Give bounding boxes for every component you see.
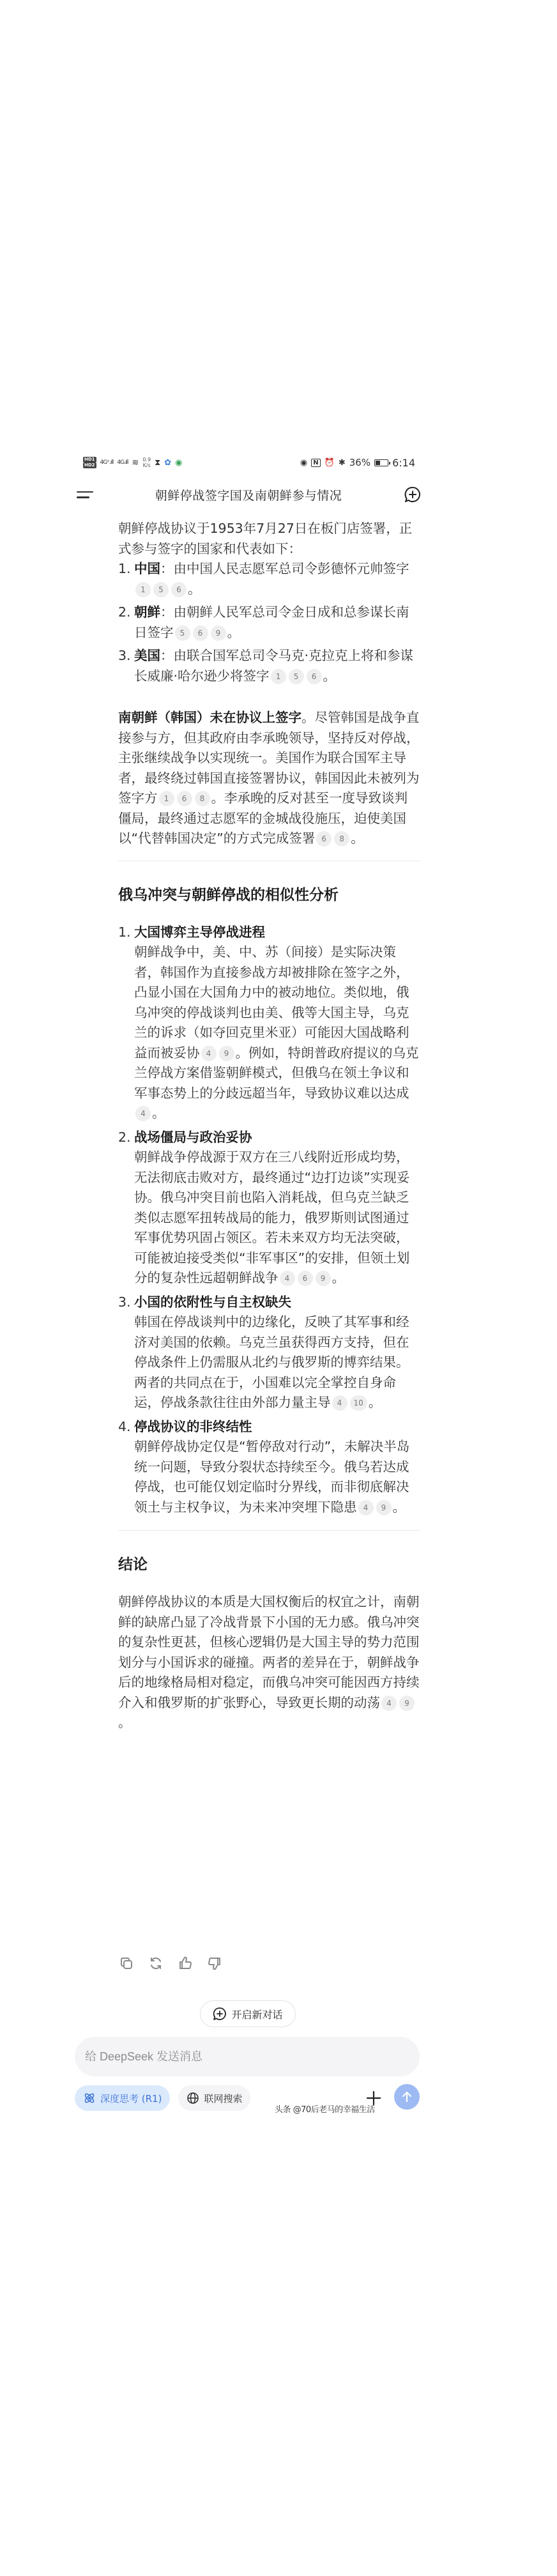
signer-name: 朝鲜 bbox=[134, 604, 160, 620]
citation-badge[interactable]: 9 bbox=[211, 625, 226, 641]
speed-value: 0.9 bbox=[142, 457, 151, 463]
analysis-item: 4. 停战协议的非终结性 朝鲜停战协定仅是“暂停敌对行动”，未解决半岛统一问题，… bbox=[118, 1417, 420, 1518]
signal-icon: 4G⁺.ıll bbox=[100, 459, 114, 466]
eye-icon: ◉ bbox=[300, 458, 307, 468]
analysis-item-title: 停战协议的非终结性 bbox=[134, 1417, 420, 1437]
analysis-item: 1. 大国博弈主导停战进程 朝鲜战争中，美、中、苏（间接）是实际决策者，韩国作为… bbox=[118, 923, 420, 1124]
citation-badge[interactable]: 5 bbox=[153, 582, 169, 597]
signer-item: 3. 美国：由联合国军总司令马克·克拉克上将和参谋长威廉·哈尔逊少将签字156。 bbox=[118, 646, 420, 686]
section-divider bbox=[118, 861, 420, 861]
web-search-label: 联网搜索 bbox=[204, 2092, 242, 2105]
assistant-message: 朝鲜停战协议于1953年7月27日在板门店签署，正式参与签字的国家和代表如下： … bbox=[118, 519, 420, 1733]
conclusion-heading: 结论 bbox=[118, 1554, 420, 1575]
new-chat-icon[interactable] bbox=[404, 486, 422, 503]
citation-badge[interactable]: 4 bbox=[358, 1500, 374, 1515]
hd2-badge: HD2 bbox=[83, 463, 96, 468]
intro-paragraph: 朝鲜停战协议于1953年7月27日在板门店签署，正式参与签字的国家和代表如下： bbox=[118, 519, 420, 559]
list-number: 1. bbox=[118, 559, 131, 579]
list-number: 2. bbox=[118, 602, 131, 623]
citation-badge[interactable]: 4 bbox=[201, 1046, 217, 1061]
rok-paragraph: 南朝鲜（韩国）未在协议上签字。尽管韩国是战争直接参与方，但其政府由李承晚领导，坚… bbox=[118, 708, 420, 849]
hd1-badge: HD1 bbox=[83, 457, 96, 463]
analysis-item: 3. 小国的依附性与自主权缺失 韩国在停战谈判中的边缘化，反映了其军事和经济对美… bbox=[118, 1292, 420, 1413]
citation-badge[interactable]: 1 bbox=[159, 791, 174, 806]
list-number: 1. bbox=[118, 923, 131, 943]
status-bar-left: HD1 HD2 4G⁺.ıll 4G.ıll ≋ 0.9 K/s ⧗ ✿ ◉ bbox=[83, 457, 182, 468]
citation-badge[interactable]: 6 bbox=[298, 1271, 313, 1286]
punct: 。 bbox=[227, 625, 241, 640]
citation-badge[interactable]: 9 bbox=[399, 1696, 415, 1711]
list-number: 3. bbox=[118, 646, 131, 666]
citation-badge[interactable]: 5 bbox=[289, 669, 304, 684]
status-bar-right: ◉ N ⏰ ✱ 36% 6:14 bbox=[300, 457, 415, 469]
signal-icon-2: 4G.ıll bbox=[117, 459, 128, 466]
wifi-icon: ≋ bbox=[132, 458, 139, 468]
signer-name: 中国 bbox=[134, 561, 160, 576]
analysis-item-title: 小国的依附性与自主权缺失 bbox=[134, 1292, 420, 1313]
signer-item: 2. 朝鲜：由朝鲜人民军总司令金日成和总参谋长南日签字569。 bbox=[118, 602, 420, 643]
punct: 。 bbox=[393, 1499, 406, 1515]
citation-badge[interactable]: 4 bbox=[332, 1395, 347, 1411]
message-composer bbox=[75, 2037, 420, 2076]
citation-badge[interactable]: 6 bbox=[307, 669, 322, 684]
battery-percent: 36% bbox=[349, 457, 370, 468]
message-actions bbox=[119, 1956, 222, 1971]
battery-icon bbox=[374, 459, 388, 466]
citation-badge[interactable]: 1 bbox=[271, 669, 286, 684]
network-speed: 0.9 K/s bbox=[142, 457, 151, 468]
copy-icon[interactable] bbox=[119, 1956, 134, 1971]
analysis-item-title: 大国博弈主导停战进程 bbox=[134, 923, 420, 943]
deep-think-toggle[interactable]: 深度思考 (R1) bbox=[75, 2085, 170, 2111]
punct: 。 bbox=[332, 1270, 346, 1285]
clock: 6:14 bbox=[392, 457, 415, 469]
analysis-item: 2. 战场僵局与政治妥协 朝鲜战争停战源于双方在三八线附近形成均势，无法彻底击败… bbox=[118, 1128, 420, 1289]
atom-icon bbox=[83, 2092, 96, 2104]
citation-badge[interactable]: 8 bbox=[195, 791, 210, 806]
list-number: 4. bbox=[118, 1417, 131, 1437]
hd-indicator: HD1 HD2 bbox=[83, 457, 96, 468]
app-header: 朝鲜停战签字国及南朝鲜参与情况 bbox=[77, 480, 422, 509]
regenerate-icon[interactable] bbox=[148, 1956, 164, 1971]
punct: 。 bbox=[351, 831, 364, 846]
message-input[interactable] bbox=[85, 2050, 420, 2064]
analysis-heading: 俄乌冲突与朝鲜停战的相似性分析 bbox=[118, 884, 420, 906]
signers-list: 1. 中国：由中国人民志愿军总司令彭德怀元帅签字156。 2. 朝鲜：由朝鲜人民… bbox=[118, 559, 420, 686]
citation-badge[interactable]: 9 bbox=[376, 1500, 392, 1515]
citation-badge[interactable]: 1 bbox=[135, 582, 151, 597]
new-chat-label: 开启新对话 bbox=[231, 2007, 282, 2021]
rok-bold: 南朝鲜（韩国）未在协议上签字 bbox=[118, 710, 301, 725]
speed-unit: K/s bbox=[142, 463, 151, 468]
globe-icon bbox=[187, 2092, 199, 2104]
send-button[interactable] bbox=[394, 2084, 420, 2110]
conclusion-text: 朝鲜停战协议的本质是大国权衡后的权宜之计，南朝鲜的缺席凸显了冷战背景下小国的无力… bbox=[118, 1594, 420, 1710]
section-divider bbox=[118, 1530, 420, 1531]
arrow-up-icon bbox=[401, 2090, 413, 2103]
citation-badge[interactable]: 5 bbox=[175, 625, 190, 641]
citation-badge[interactable]: 9 bbox=[219, 1046, 234, 1061]
citation-badge[interactable]: 4 bbox=[381, 1696, 397, 1711]
watermark: 头条 @70后老马的幸福生活 bbox=[275, 2103, 375, 2115]
nfc-icon: N bbox=[311, 459, 320, 467]
conclusion-paragraph: 朝鲜停战协议的本质是大国权衡后的权宜之计，南朝鲜的缺席凸显了冷战背景下小国的无力… bbox=[118, 1592, 420, 1733]
new-chat-button[interactable]: 开启新对话 bbox=[200, 2000, 296, 2027]
analysis-item-text: 朝鲜战争停战源于双方在三八线附近形成均势，无法彻底击败对方，最终通过“边打边谈”… bbox=[134, 1149, 409, 1285]
signer-text: ：由中国人民志愿军总司令彭德怀元帅签字 bbox=[160, 561, 409, 576]
conversation-title: 朝鲜停战签字国及南朝鲜参与情况 bbox=[155, 486, 342, 503]
punct: 。 bbox=[188, 581, 201, 597]
citation-badge[interactable]: 6 bbox=[316, 831, 332, 847]
bluetooth-icon: ✱ bbox=[339, 458, 346, 468]
citation-badge[interactable]: 8 bbox=[334, 831, 349, 847]
app-icon: ✿ bbox=[164, 458, 171, 468]
analysis-item-title: 战场僵局与政治妥协 bbox=[134, 1128, 420, 1148]
citation-badge[interactable]: 6 bbox=[177, 791, 192, 806]
new-chat-icon bbox=[213, 2007, 227, 2021]
citation-badge[interactable]: 4 bbox=[135, 1106, 151, 1121]
analysis-list: 1. 大国博弈主导停战进程 朝鲜战争中，美、中、苏（间接）是实际决策者，韩国作为… bbox=[118, 923, 420, 1518]
punct: 。 bbox=[118, 1715, 132, 1730]
punct: 。 bbox=[323, 668, 337, 684]
web-search-toggle[interactable]: 联网搜索 bbox=[178, 2085, 250, 2111]
composer-options: 深度思考 (R1) 联网搜索 bbox=[75, 2085, 250, 2111]
signer-item: 1. 中国：由中国人民志愿军总司令彭德怀元帅签字156。 bbox=[118, 559, 420, 599]
app-icon-2: ◉ bbox=[175, 458, 182, 468]
punct: 。 bbox=[369, 1395, 382, 1410]
analysis-item-text: 朝鲜战争中，美、中、苏（间接）是实际决策者，韩国作为直接参战方却被排除在签字之外… bbox=[134, 944, 409, 1061]
citation-badge[interactable]: 6 bbox=[193, 625, 208, 641]
hourglass-icon: ⧗ bbox=[155, 458, 160, 468]
deep-think-label: 深度思考 (R1) bbox=[100, 2092, 162, 2105]
citation-badge[interactable]: 4 bbox=[280, 1271, 295, 1286]
thumbs-down-icon[interactable] bbox=[207, 1956, 222, 1971]
signer-name: 美国 bbox=[134, 648, 160, 663]
punct: 。 bbox=[152, 1105, 165, 1121]
menu-icon[interactable] bbox=[77, 488, 93, 501]
list-number: 3. bbox=[118, 1292, 131, 1313]
list-number: 2. bbox=[118, 1128, 131, 1148]
citation-badge[interactable]: 10 bbox=[350, 1395, 367, 1411]
status-bar: HD1 HD2 4G⁺.ıll 4G.ıll ≋ 0.9 K/s ⧗ ✿ ◉ ◉… bbox=[83, 451, 415, 474]
citation-badge[interactable]: 6 bbox=[171, 582, 187, 597]
alarm-icon: ⏰ bbox=[324, 458, 335, 468]
citation-badge[interactable]: 9 bbox=[316, 1271, 331, 1286]
thumbs-up-icon[interactable] bbox=[178, 1956, 193, 1971]
